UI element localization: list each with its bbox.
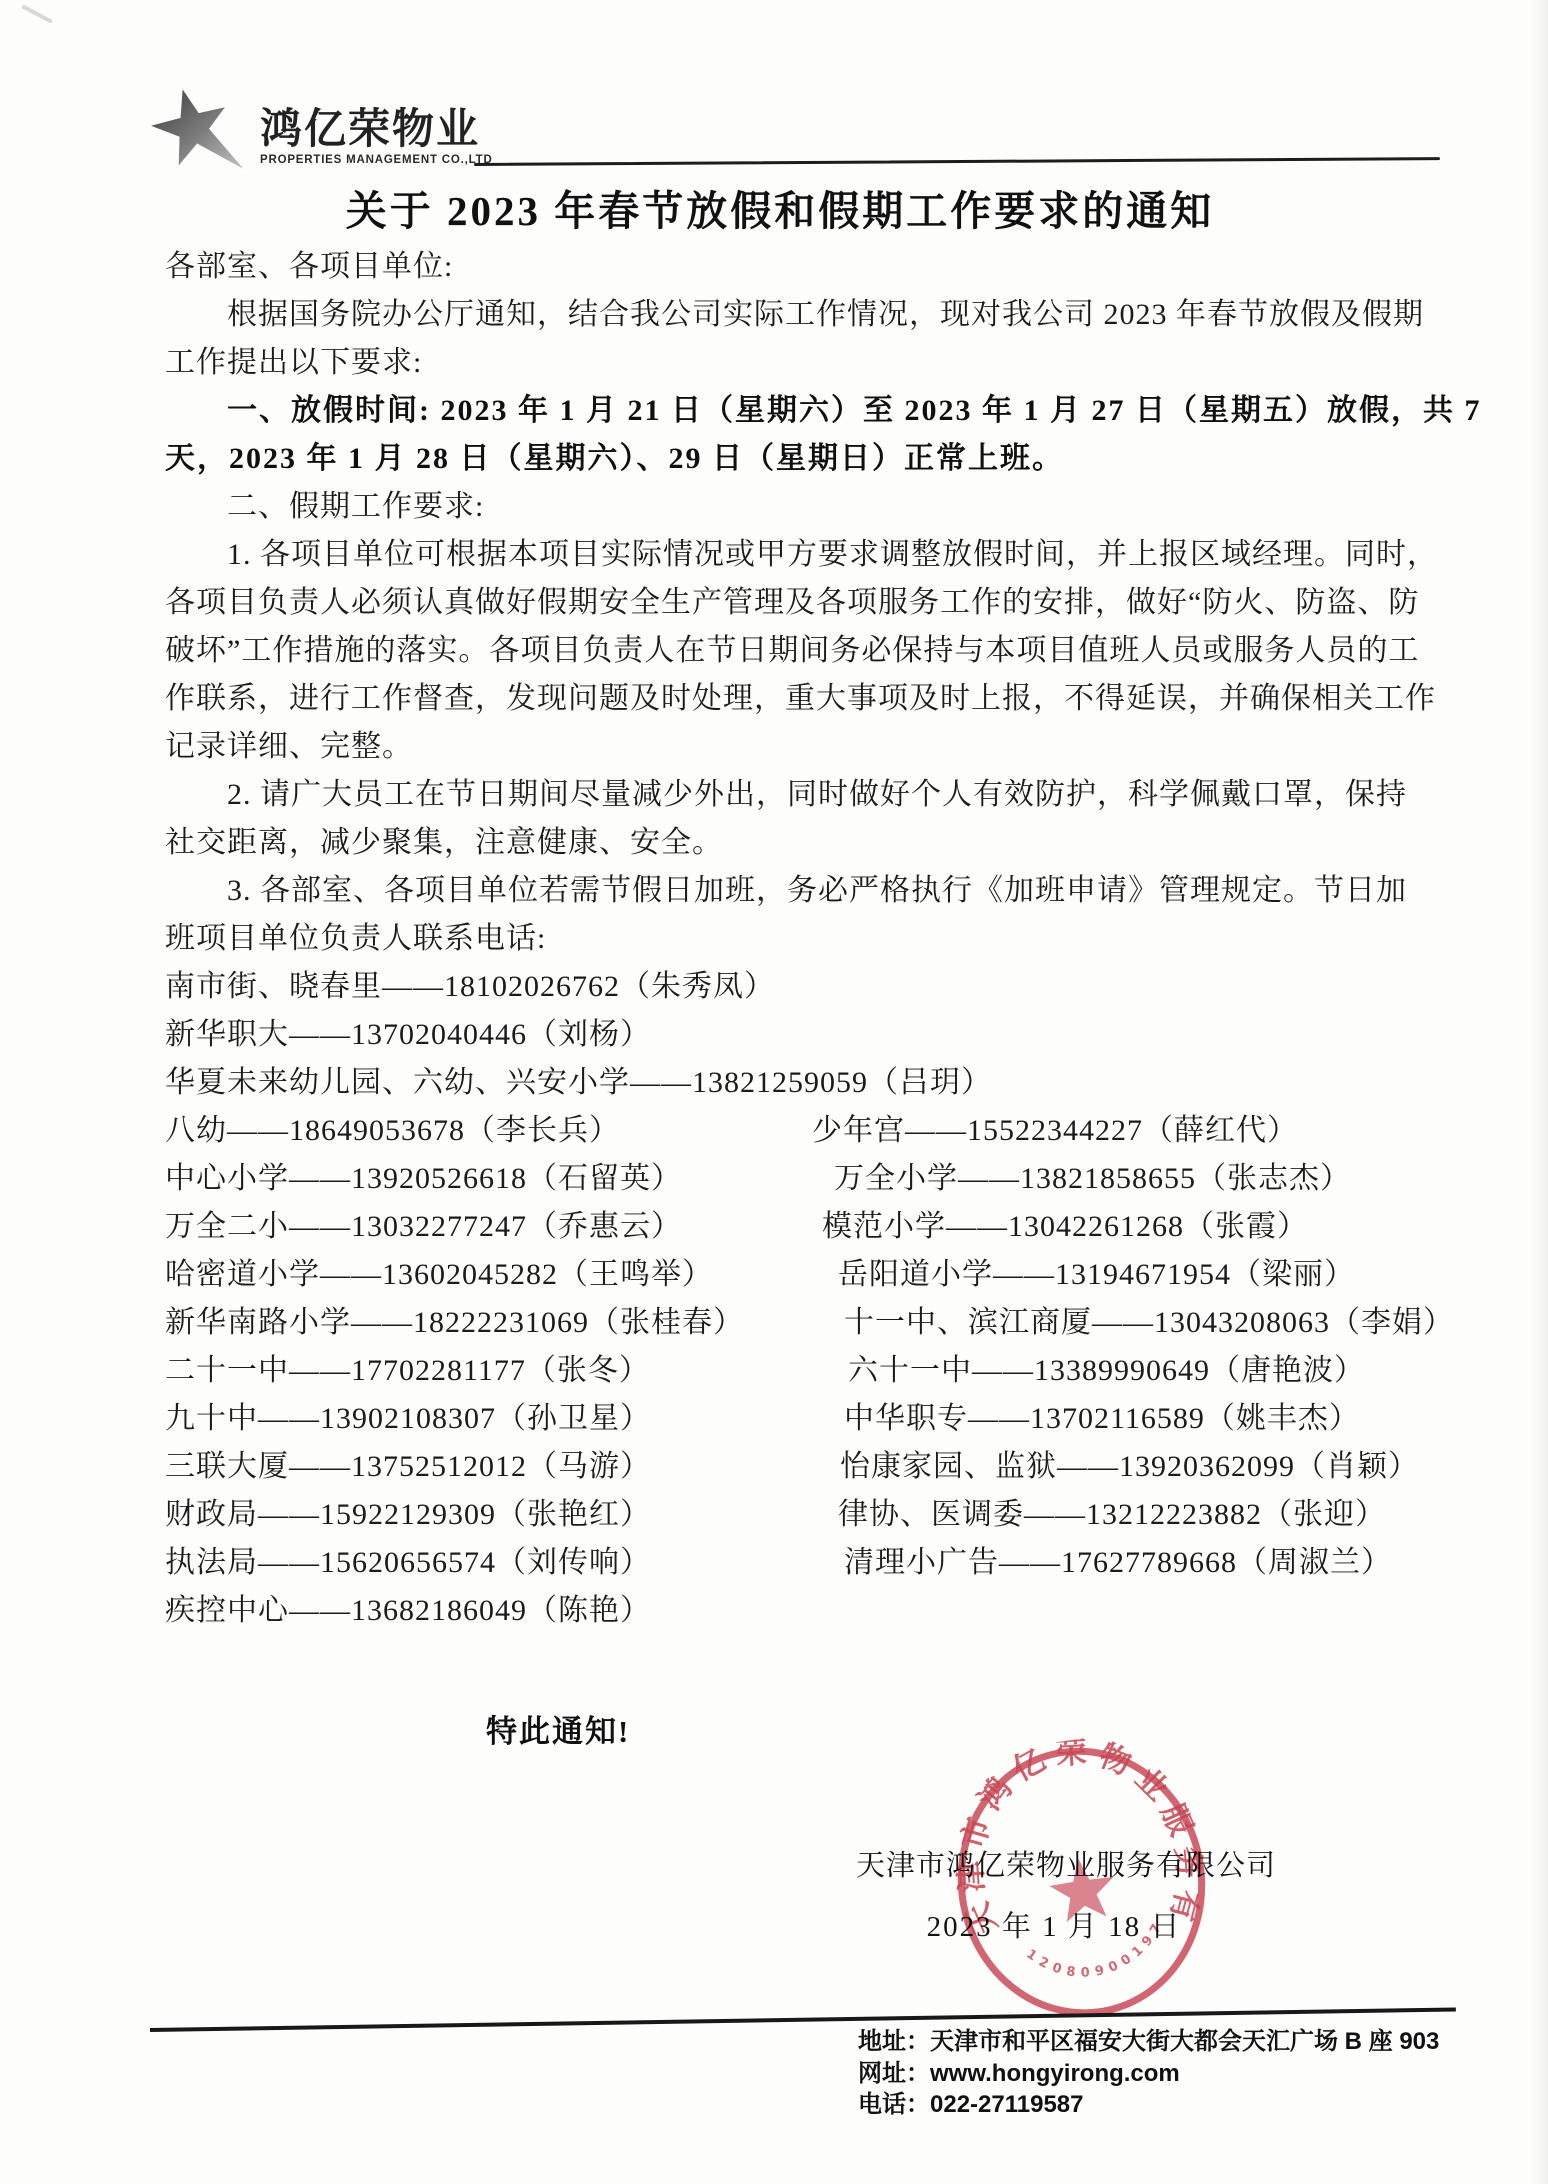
body-line: 记录详细、完整。 [165,723,1450,771]
company-logo-text: 鸿亿荣物业 PROPERTIES MANAGEMENT CO.,LTD [260,106,493,166]
footer-phone-row: 电话：022-27119587 [858,2089,1439,2121]
contact-left: 中心小学——13920526618（石留英） [165,1162,682,1195]
body-line: 1. 各项目单位可根据本项目实际情况或甲方要求调整放假时间，并上报区域经理。同时… [165,531,1450,579]
company-logo-star-icon [148,86,258,191]
contact-row: 新华南路小学——18222231069（张桂春） 十一中、滨江商厦——13043… [165,1299,1450,1347]
contact-right: 少年宫——15522344227（薛红代） [812,1107,1298,1155]
contact-line: 南市街、晓春里——18102026762（朱秀凤） [165,963,1450,1011]
body-line: 破坏”工作措施的落实。各项目负责人在节日期间务必保持与本项目值班人员或服务人员的… [165,627,1450,675]
contact-right: 清理小广告——17627789668（周淑兰） [844,1539,1392,1587]
contact-row: 九十中——13902108307（孙卫星） 中华职专——13702116589（… [165,1395,1450,1443]
contact-left: 新华南路小学——18222231069（张桂春） [165,1306,744,1339]
footer-address-value: 天津市和平区福安大街大都会天汇广场 B 座 903 [930,2028,1439,2055]
body-line: 作联系，进行工作督查，发现问题及时处理，重大事项及时上报，不得延误，并确保相关工… [165,675,1450,723]
contact-left: 万全二小——13032277247（乔惠云） [165,1210,682,1243]
contact-table: 八幼——18649053678（李长兵） 少年宫——15522344227（薛红… [165,1107,1450,1635]
contact-row: 二十一中——17702281177（张冬） 六十一中——13389990649（… [165,1347,1450,1395]
contact-row: 哈密道小学——13602045282（王鸣举） 岳阳道小学——131946719… [165,1251,1450,1299]
contact-row: 疾控中心——13682186049（陈艳） [165,1587,1450,1635]
body-line-holiday-dates: 一、放假时间: 2023 年 1 月 21 日（星期六）至 2023 年 1 月… [165,387,1450,435]
company-logo-en: PROPERTIES MANAGEMENT CO.,LTD [260,154,493,166]
closing-statement: 特此通知! [486,1706,630,1751]
contact-left: 九十中——13902108307（孙卫星） [165,1402,651,1435]
signature-block: 天津市鸿亿荣物业服务有限公司 2023 年 1 月 18 日 [856,1843,1252,1945]
footer-phone-value: 022-27119587 [930,2091,1084,2118]
body-line: 根据国务院办公厅通知，结合我公司实际工作情况，现对我公司 2023 年春节放假及… [165,291,1450,339]
body-line: 班项目单位负责人联系电话: [165,915,1450,963]
contact-row: 中心小学——13920526618（石留英） 万全小学——13821858655… [165,1155,1450,1203]
scan-edge-shading [1530,0,1548,2184]
footer-phone-label: 电话： [858,2091,930,2118]
header-divider-line [474,157,1440,166]
contact-row: 财政局——15922129309（张艳红） 律协、医调委——1321222388… [165,1491,1450,1539]
footer-address-label: 地址： [858,2028,930,2055]
contact-right: 怡康家园、监狱——13920362099（肖颖） [840,1443,1419,1491]
contact-line: 新华职大——13702040446（刘杨） [165,1011,1450,1059]
body-line: 工作提出以下要求: [165,339,1450,387]
scan-artifact [21,4,53,23]
contact-right: 中华职专——13702116589（姚丰杰） [844,1395,1360,1443]
contact-left: 执法局——15620656574（刘传响） [165,1546,651,1579]
contact-left: 财政局——15922129309（张艳红） [165,1498,651,1531]
contact-row: 万全二小——13032277247（乔惠云） 模范小学——13042261268… [165,1203,1450,1251]
body-line: 社交距离，减少聚集，注意健康、安全。 [165,819,1450,867]
body-line-holiday-dates: 天，2023 年 1 月 28 日（星期六）、29 日（星期日）正常上班。 [165,435,1450,483]
body-line: 3. 各部室、各项目单位若需节假日加班，务必严格执行《加班申请》管理规定。节日加 [165,867,1450,915]
salutation: 各部室、各项目单位: [165,243,1450,291]
scanned-notice-page: 鸿亿荣物业 PROPERTIES MANAGEMENT CO.,LTD 关于 2… [0,0,1548,2184]
signature-company: 天津市鸿亿荣物业服务有限公司 [856,1843,1252,1884]
contact-right: 万全小学——13821858655（张志杰） [834,1155,1351,1203]
contact-left: 二十一中——17702281177（张冬） [165,1354,650,1387]
signature-date: 2023 年 1 月 18 日 [856,1904,1252,1945]
contact-line: 华夏未来幼儿园、六幼、兴安小学——13821259059（吕玥） [165,1059,1450,1107]
contact-right: 律协、医调委——13212223882（张迎） [838,1491,1386,1539]
company-logo-cn: 鸿亿荣物业 [260,106,493,152]
contact-left: 八幼——18649053678（李长兵） [165,1114,620,1147]
contact-row: 八幼——18649053678（李长兵） 少年宫——15522344227（薛红… [165,1107,1450,1155]
footer-website-value: www.hongyirong.com [930,2060,1180,2087]
footer-contact-block: 地址：天津市和平区福安大街大都会天汇广场 B 座 903 网址：www.hong… [858,2026,1439,2121]
contact-right: 十一中、滨江商厦——13043208063（李娟） [844,1299,1454,1347]
contact-row: 三联大厦——13752512012（马游） 怡康家园、监狱——139203620… [165,1443,1450,1491]
body-line: 各项目负责人必须认真做好假期安全生产管理及各项服务工作的安排，做好“防火、防盗、… [165,579,1450,627]
contact-right: 模范小学——13042261268（张霞） [822,1203,1308,1251]
page-title: 关于 2023 年春节放假和假期工作要求的通知 [140,178,1420,237]
contact-left: 三联大厦——13752512012（马游） [165,1450,651,1483]
footer-website-label: 网址： [858,2060,930,2087]
contact-left: 疾控中心——13682186049（陈艳） [165,1594,651,1627]
body-line: 2. 请广大员工在节日期间尽量减少外出，同时做好个人有效防护，科学佩戴口罩，保持 [165,771,1450,819]
contact-left: 哈密道小学——13602045282（王鸣举） [165,1258,713,1291]
body-line: 二、假期工作要求: [165,483,1450,531]
footer-website-row: 网址：www.hongyirong.com [858,2058,1439,2090]
footer-address-row: 地址：天津市和平区福安大街大都会天汇广场 B 座 903 [858,2026,1439,2058]
notice-body: 各部室、各项目单位: 根据国务院办公厅通知，结合我公司实际工作情况，现对我公司 … [165,243,1450,1635]
contact-row: 执法局——15620656574（刘传响） 清理小广告——17627789668… [165,1539,1450,1587]
contact-right: 六十一中——13389990649（唐艳波） [848,1347,1365,1395]
contact-right: 岳阳道小学——13194671954（梁丽） [838,1251,1355,1299]
